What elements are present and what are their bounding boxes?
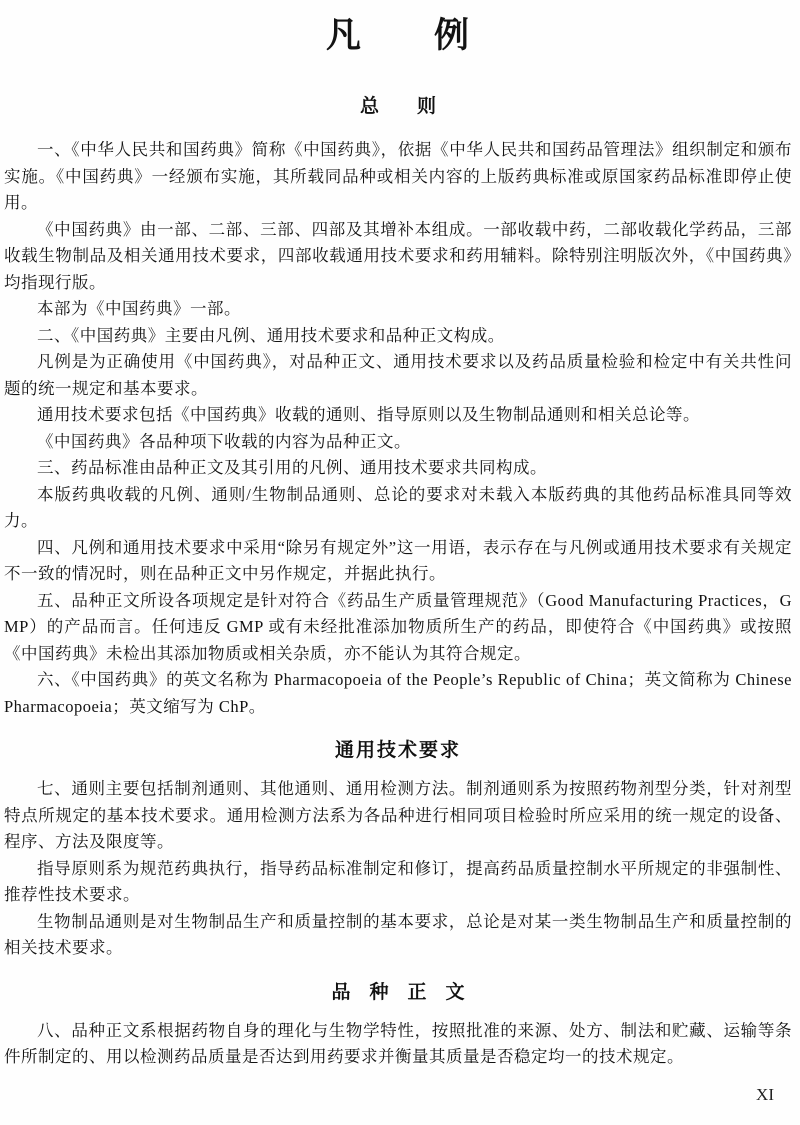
section-heading-general-rules: 总 则 — [4, 94, 792, 119]
paragraph-item-7: 七、通则主要包括制剂通则、其他通则、通用检测方法。制剂通则系为按照药物剂型分类，… — [4, 776, 792, 856]
section-body-general-rules: 一、《中华人民共和国药典》简称《中国药典》，依据《中华人民共和国药品管理法》组织… — [4, 137, 792, 720]
paragraph-item-3: 三、药品标准由品种正文及其引用的凡例、通用技术要求共同构成。 — [4, 455, 792, 482]
paragraph-item-8: 八、品种正文系根据药物自身的理化与生物学特性，按照批准的来源、处方、制法和贮藏、… — [4, 1018, 792, 1071]
section-heading-general-technical-requirements: 通用技术要求 — [4, 738, 792, 763]
paragraph-guiding-principles: 指导原则系为规范药典执行，指导药品标准制定和修订，提高药品质量控制水平所规定的非… — [4, 856, 792, 909]
paragraph-biologics-rules: 生物制品通则是对生物制品生产和质量控制的基本要求，总论是对某一类生物制品生产和质… — [4, 909, 792, 962]
paragraph-item-2: 二、《中国药典》主要由凡例、通用技术要求和品种正文构成。 — [4, 323, 792, 350]
paragraph-monograph-content: 《中国药典》各品种项下收载的内容为品种正文。 — [4, 429, 792, 456]
paragraph-item-1: 一、《中华人民共和国药典》简称《中国药典》，依据《中华人民共和国药品管理法》组织… — [4, 137, 792, 217]
section-monographs: 品 种 正 文 八、品种正文系根据药物自身的理化与生物学特性，按照批准的来源、处… — [4, 980, 792, 1071]
section-general-technical-requirements: 通用技术要求 七、通则主要包括制剂通则、其他通则、通用检测方法。制剂通则系为按照… — [4, 738, 792, 962]
paragraph-item-4: 四、凡例和通用技术要求中采用“除另有规定外”这一用语，表示存在与凡例或通用技术要… — [4, 535, 792, 588]
paragraph-equal-effect: 本版药典收载的凡例、通则/生物制品通则、总论的要求对未载入本版药典的其他药品标准… — [4, 482, 792, 535]
section-body-general-technical-requirements: 七、通则主要包括制剂通则、其他通则、通用检测方法。制剂通则系为按照药物剂型分类，… — [4, 776, 792, 962]
paragraph-volumes: 《中国药典》由一部、二部、三部、四部及其增补本组成。一部收载中药，二部收载化学药… — [4, 217, 792, 297]
document-page: 凡 例 总 则 一、《中华人民共和国药典》简称《中国药典》，依据《中华人民共和国… — [0, 0, 800, 1125]
paragraph-this-volume: 本部为《中国药典》一部。 — [4, 296, 792, 323]
paragraph-technical-requirements: 通用技术要求包括《中国药典》收载的通则、指导原则以及生物制品通则和相关总论等。 — [4, 402, 792, 429]
paragraph-item-6: 六、《中国药典》的英文名称为 Pharmacopoeia of the Peop… — [4, 667, 792, 720]
paragraph-item-5: 五、品种正文所设各项规定是针对符合《药品生产质量管理规范》（Good Manuf… — [4, 588, 792, 668]
page-number: XI — [756, 1084, 774, 1106]
section-heading-monographs: 品 种 正 文 — [4, 980, 792, 1005]
section-body-monographs: 八、品种正文系根据药物自身的理化与生物学特性，按照批准的来源、处方、制法和贮藏、… — [4, 1018, 792, 1071]
page-title: 凡 例 — [4, 14, 792, 58]
paragraph-fanli-definition: 凡例是为正确使用《中国药典》，对品种正文、通用技术要求以及药品质量检验和检定中有… — [4, 349, 792, 402]
section-general-rules: 总 则 一、《中华人民共和国药典》简称《中国药典》，依据《中华人民共和国药品管理… — [4, 94, 792, 720]
